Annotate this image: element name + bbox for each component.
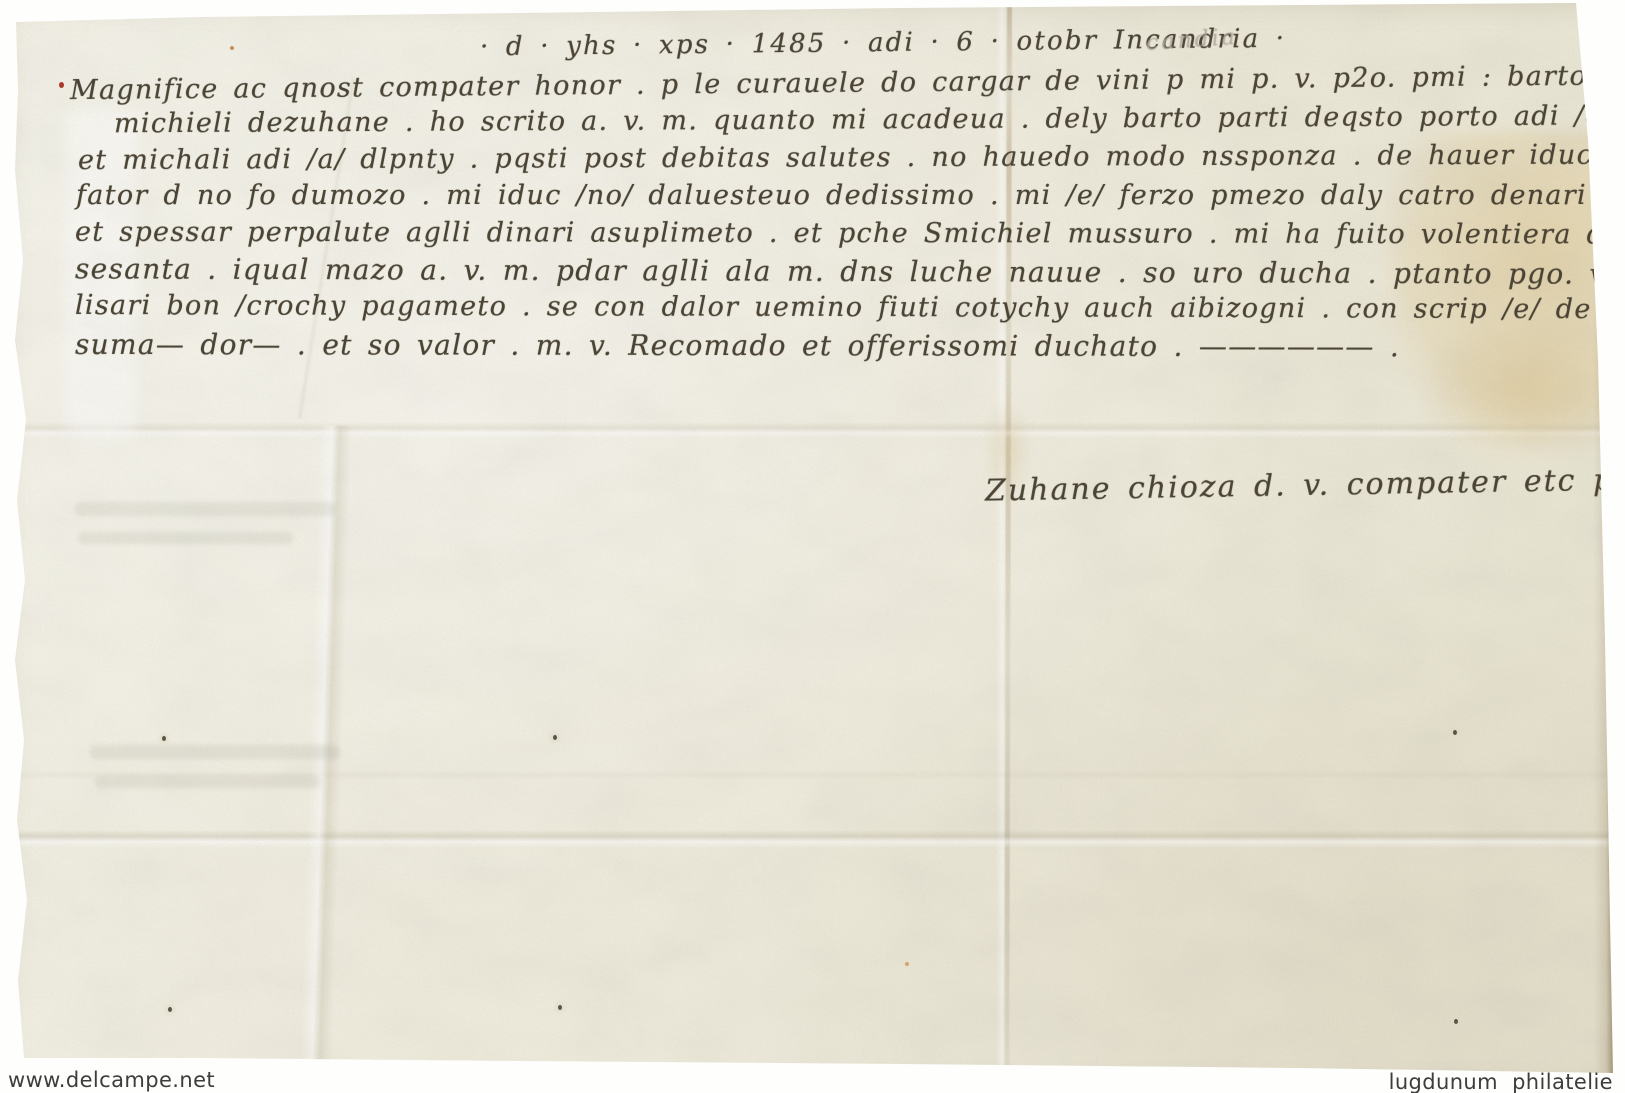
manuscript-scan: · d · yhs · xps · 1485 · adi · 6 · otobr… — [0, 0, 1625, 1093]
watermark-lugdunum: lugdunum philatelie — [1389, 1070, 1613, 1093]
paper-edge-vignette — [0, 0, 1625, 1093]
watermark-delcampe: www.delcampe.net — [8, 1068, 215, 1092]
paper-sheet: · d · yhs · xps · 1485 · adi · 6 · otobr… — [0, 0, 1625, 1093]
